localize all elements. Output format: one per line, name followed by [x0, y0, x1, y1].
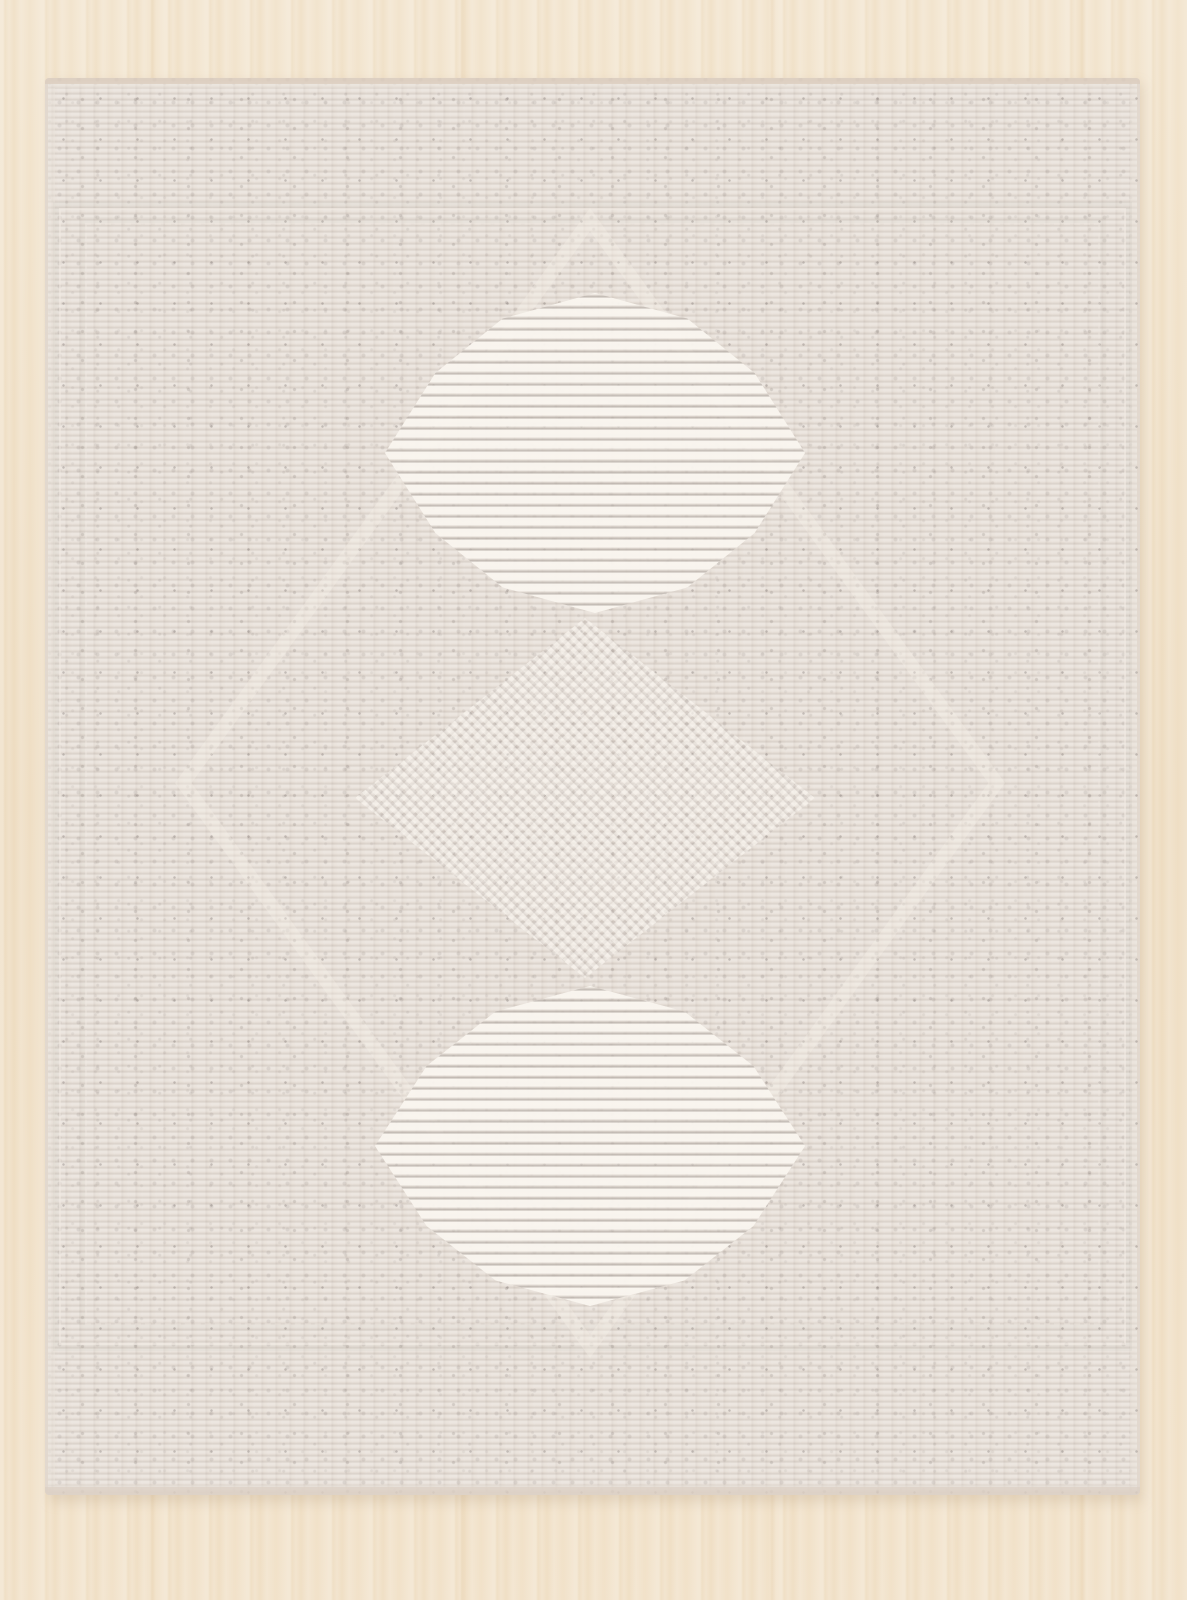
rug-bottom-edge	[45, 1487, 1140, 1495]
woven-rug	[45, 78, 1140, 1495]
rug-top-edge	[45, 78, 1140, 84]
